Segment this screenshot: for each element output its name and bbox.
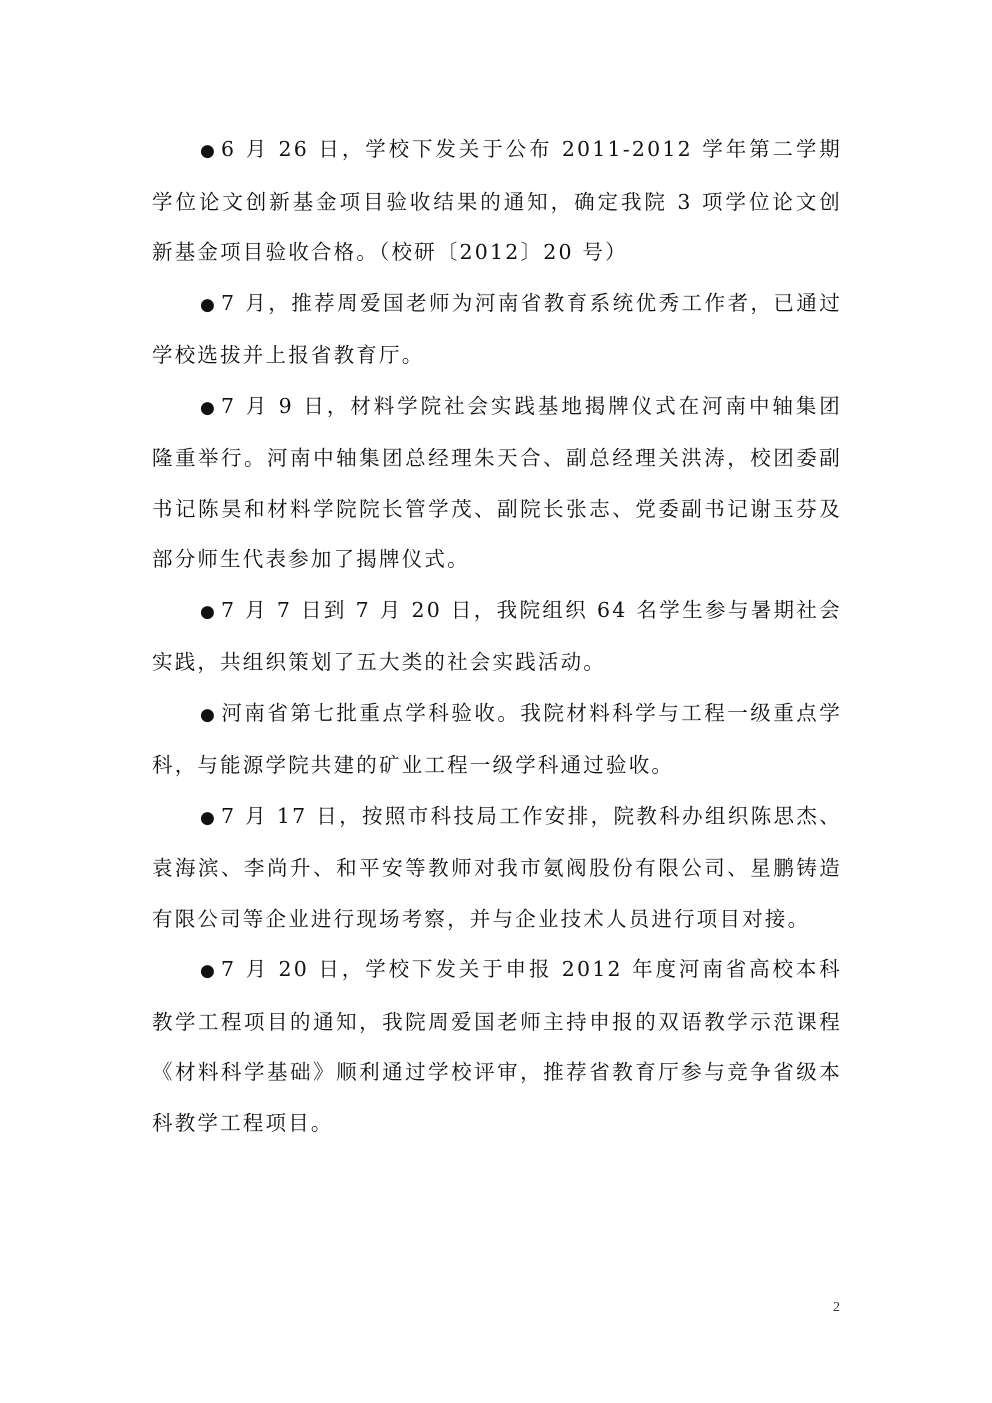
paragraph-excellent-worker: ●7 月，推荐周爱国老师为河南省教育系统优秀工作者，已通过学校选拔并上报省教育厅… (152, 278, 842, 381)
bullet-icon: ● (200, 383, 217, 434)
bullet-icon: ● (200, 793, 217, 844)
page-number: 2 (833, 1300, 840, 1316)
paragraph-teaching-project: ●7 月 20 日，学校下发关于申报 2012 年度河南省高校本科教学工程项目的… (152, 944, 842, 1148)
document-body: ●6 月 26 日，学校下发关于公布 2011-2012 学年第二学期学位论文创… (152, 124, 842, 1148)
paragraph-enterprise-visit: ●7 月 17 日，按照市科技局工作安排，院教科办组织陈思杰、袁海滨、李尚升、和… (152, 791, 842, 945)
bullet-icon: ● (200, 587, 217, 638)
paragraph-text: 6 月 26 日，学校下发关于公布 2011-2012 学年第二学期学位论文创新… (152, 137, 842, 264)
bullet-icon: ● (200, 946, 217, 997)
bullet-icon: ● (200, 690, 217, 741)
bullet-icon: ● (200, 126, 217, 177)
paragraph-practice-base-unveiling: ●7 月 9 日，材料学院社会实践基地揭牌仪式在河南中轴集团隆重举行。河南中轴集… (152, 381, 842, 585)
paragraph-summer-practice: ●7 月 7 日到 7 月 20 日，我院组织 64 名学生参与暑期社会实践，共… (152, 585, 842, 688)
paragraph-text: 7 月 9 日，材料学院社会实践基地揭牌仪式在河南中轴集团隆重举行。河南中轴集团… (152, 394, 842, 572)
bullet-icon: ● (200, 280, 217, 331)
paragraph-text: 7 月 20 日，学校下发关于申报 2012 年度河南省高校本科教学工程项目的通… (152, 957, 842, 1135)
paragraph-text: 7 月，推荐周爱国老师为河南省教育系统优秀工作者，已通过学校选拔并上报省教育厅。 (152, 291, 842, 368)
paragraph-text: 河南省第七批重点学科验收。我院材料科学与工程一级重点学科，与能源学院共建的矿业工… (152, 701, 842, 778)
paragraph-text: 7 月 17 日，按照市科技局工作安排，院教科办组织陈思杰、袁海滨、李尚升、和平… (152, 804, 842, 931)
paragraph-text: 7 月 7 日到 7 月 20 日，我院组织 64 名学生参与暑期社会实践，共组… (152, 598, 842, 675)
paragraph-key-discipline-acceptance: ●河南省第七批重点学科验收。我院材料科学与工程一级重点学科，与能源学院共建的矿业… (152, 688, 842, 791)
paragraph-thesis-fund-acceptance: ●6 月 26 日，学校下发关于公布 2011-2012 学年第二学期学位论文创… (152, 124, 842, 278)
